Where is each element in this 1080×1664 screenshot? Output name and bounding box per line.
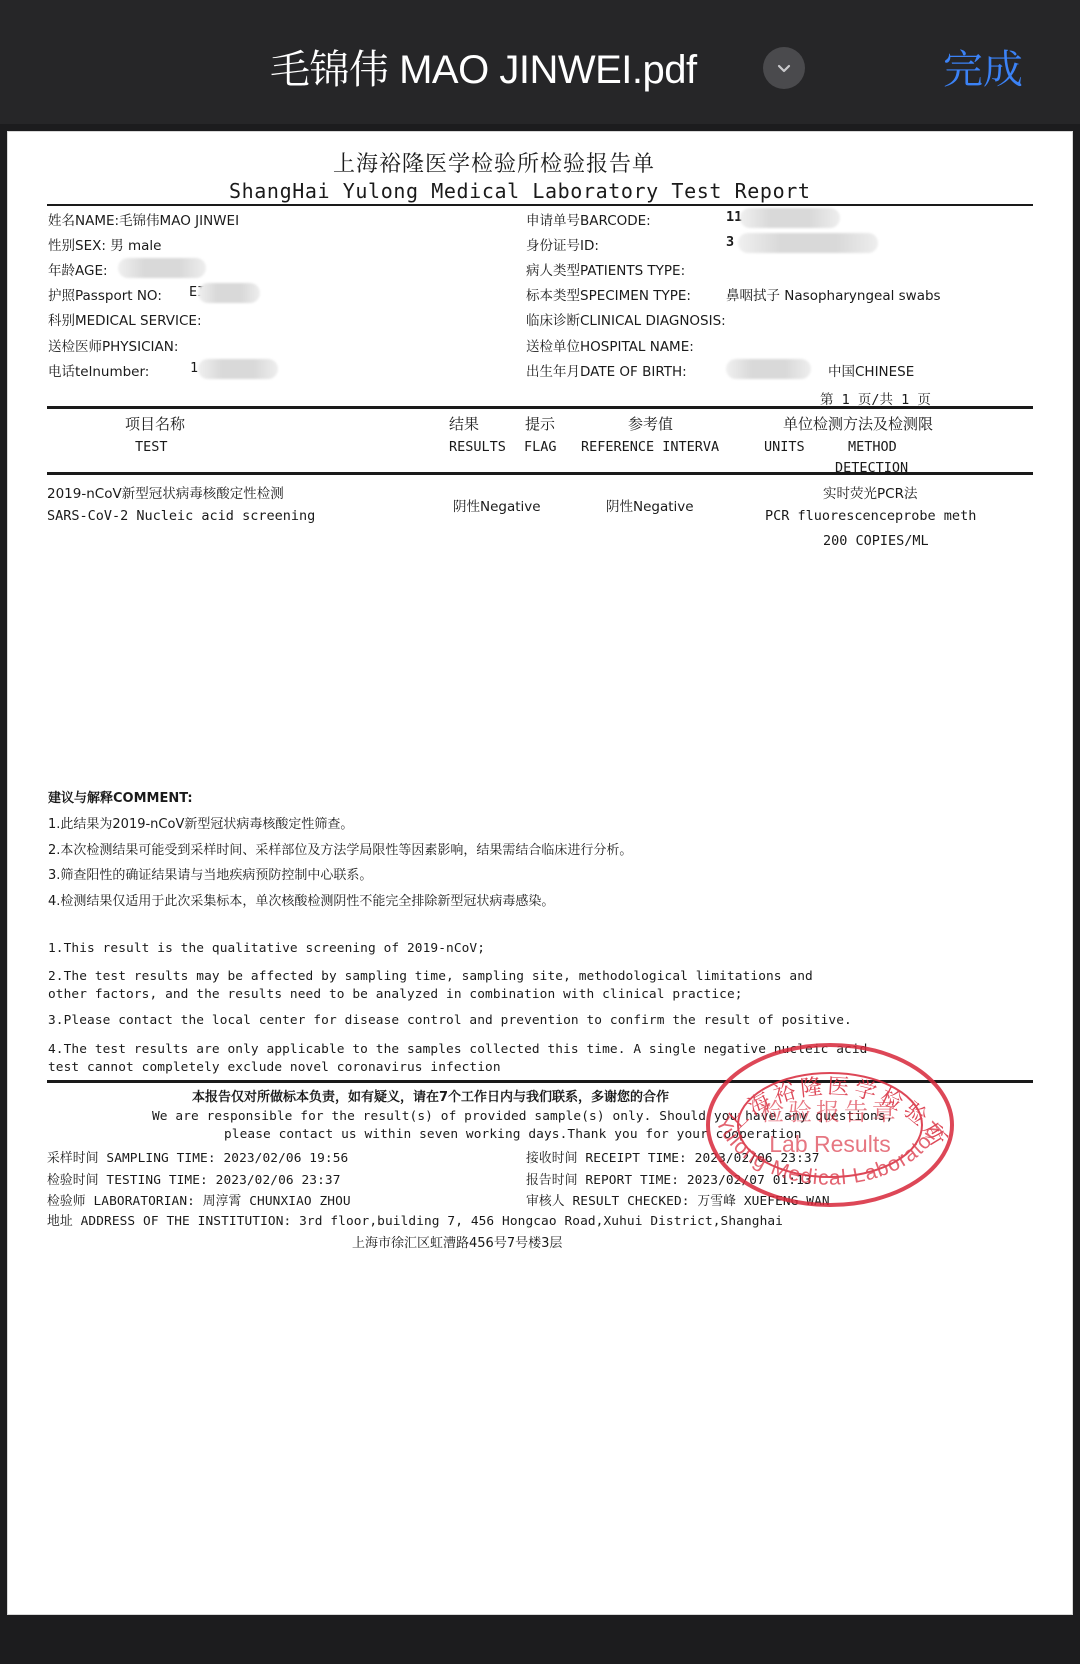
nationality-value: 中国CHINESE [828,360,914,380]
comment-item-cn: 1.此结果为2019-nCoV新型冠状病毒核酸定性筛查。 [48,813,353,832]
divider [0,124,1080,132]
lab-report: 上海裕隆医学检验所检验报告单 ShangHai Yulong Medical L… [8,132,1072,1614]
comment-item-en: 1.This result is the qualitative screeni… [48,941,485,956]
field-label: 性别SEX: [48,238,106,254]
divider [47,1080,1033,1083]
field-label: 送检医师PHYSICIAN: [48,339,178,355]
field-label: 申请单号BARCODE: [526,213,651,229]
test-name-en: SARS-CoV-2 Nucleic acid screening [47,508,315,524]
info-field: 身份证号ID: [526,234,599,254]
field-label: 标本类型SPECIMEN TYPE: [526,288,691,304]
info-field: 出生年月DATE OF BIRTH: [526,360,687,380]
field-label: 临床诊断CLINICAL DIAGNOSIS: [526,313,726,329]
info-field: 年龄AGE: [48,259,108,279]
header-results-en: RESULTS [449,439,506,455]
info-field: 申请单号BARCODE: [526,209,651,229]
divider [47,406,1033,409]
method-en: PCR fluorescenceprobe meth [765,508,976,524]
header-test-en: TEST [135,439,168,455]
header-units-en: UNITS [764,439,805,455]
field-label: 电话telnumber: [48,364,149,380]
field-label: 病人类型PATIENTS TYPE: [526,263,685,279]
disclaimer-en-1: We are responsible for the result(s) of … [152,1109,893,1124]
reference-value: 阴性Negative [606,495,694,515]
field-value: 鼻咽拭子 Nasopharyngeal swabs [726,284,941,304]
field-label: 护照Passport NO: [48,288,162,304]
testing-time: 检验时间 TESTING TIME: 2023/02/06 23:37 [47,1169,341,1188]
info-field: 送检医师PHYSICIAN: [48,335,178,355]
institution-address-en: 地址 ADDRESS OF THE INSTITUTION: 3rd floor… [47,1210,783,1229]
comment-heading: 建议与解释COMMENT: [48,787,193,806]
redaction-blur [726,359,811,379]
info-field: 病人类型PATIENTS TYPE: [526,259,685,279]
disclaimer-cn: 本报告仅对所做标本负责，如有疑义，请在7个工作日内与我们联系，多谢您的合作 [192,1086,669,1105]
result-checked: 审核人 RESULT CHECKED: 万雪峰 XUEFENG WAN [526,1190,830,1209]
field-label: 送检单位HOSPITAL NAME: [526,339,694,355]
page-indicator: 第 1 页/共 1 页 [820,388,931,408]
info-field: 护照Passport NO: [48,284,162,304]
redaction-blur [738,233,878,253]
comment-item-cn: 3.筛查阳性的确证结果请与当地疾病预防控制中心联系。 [48,864,372,883]
report-title-cn: 上海裕隆医学检验所检验报告单 [333,147,655,178]
report-time: 报告时间 REPORT TIME: 2023/02/07 01:13 [526,1169,812,1188]
receipt-time: 接收时间 RECEIPT TIME: 2023/02/06 23:37 [526,1147,820,1166]
info-field: 标本类型SPECIMEN TYPE: [526,284,691,304]
divider [47,472,1033,475]
method-cn: 实时荧光PCR法 [823,482,917,502]
pdf-page[interactable]: 上海裕隆医学检验所检验报告单 ShangHai Yulong Medical L… [8,132,1072,1614]
comment-item-en: 4.The test results are only applicable t… [48,1042,867,1057]
header-flag-en: FLAG [524,439,557,455]
info-field: 电话telnumber: [48,360,149,380]
document-title[interactable]: 毛锦伟 MAO JINWEI.pdf [270,40,697,100]
comment-item-cn: 4.检测结果仅适用于此次采集标本，单次核酸检测阴性不能完全排除新型冠状病毒感染。 [48,890,554,909]
viewer-top-bar: 毛锦伟 MAO JINWEI.pdf 完成 [0,0,1080,124]
divider [47,204,1033,206]
disclaimer-en-2: please contact us within seven working d… [224,1127,802,1142]
info-field: 科别MEDICAL SERVICE: [48,309,202,329]
header-results-cn: 结果 [449,413,479,434]
info-field: 临床诊断CLINICAL DIAGNOSIS: [526,309,726,329]
header-reference-en: REFERENCE INTERVA [581,439,719,455]
comment-item-cn: 2.本次检测结果可能受到采样时间、采样部位及方法学局限性等因素影响，结果需结合临… [48,839,632,858]
redaction-blur [740,208,840,228]
laboratorian: 检验师 LABORATORIAN: 周淳霄 CHUNXIAO ZHOU [47,1190,351,1209]
field-label: 姓名NAME: [48,213,119,229]
redaction-blur [198,359,278,379]
done-button[interactable]: 完成 [943,40,1023,100]
header-test-cn: 项目名称 [125,413,185,434]
field-value: 男 male [106,238,162,254]
info-field: 性别SEX: 男 male [48,234,161,254]
comment-item-en: test cannot completely exclude novel cor… [48,1060,501,1075]
chevron-down-icon [775,59,793,77]
title-menu-button[interactable] [763,47,805,89]
field-value: 3 [726,234,734,250]
field-value: 1 [190,360,198,376]
comment-item-en: 3.Please contact the local center for di… [48,1013,852,1028]
field-label: 出生年月DATE OF BIRTH: [526,364,687,380]
redaction-blur [118,258,206,278]
info-field: 姓名NAME:毛锦伟MAO JINWEI [48,209,239,229]
info-field: 送检单位HOSPITAL NAME: [526,335,694,355]
header-method-en: METHOD [848,439,897,455]
header-flag-cn: 提示 [525,413,555,434]
test-name-cn: 2019-nCoV新型冠状病毒核酸定性检测 [47,482,284,502]
test-result: 阴性Negative [453,495,541,515]
institution-address-cn: 上海市徐汇区虹漕路456号7号楼3层 [352,1232,562,1251]
redaction-blur [198,283,260,303]
detection-limit: 200 COPIES/ML [823,533,929,549]
report-title-en: ShangHai Yulong Medical Laboratory Test … [229,179,811,203]
sampling-time: 采样时间 SAMPLING TIME: 2023/02/06 19:56 [47,1147,348,1166]
field-label: 年龄AGE: [48,263,108,279]
field-label: 科别MEDICAL SERVICE: [48,313,202,329]
header-reference-cn: 参考值 [628,413,673,434]
field-label: 身份证号ID: [526,238,599,254]
comment-item-en: 2.The test results may be affected by sa… [48,969,813,984]
header-method-cn: 单位检测方法及检测限 [783,413,933,434]
field-value: 毛锦伟MAO JINWEI [119,213,239,229]
comment-item-en: other factors, and the results need to b… [48,987,743,1002]
